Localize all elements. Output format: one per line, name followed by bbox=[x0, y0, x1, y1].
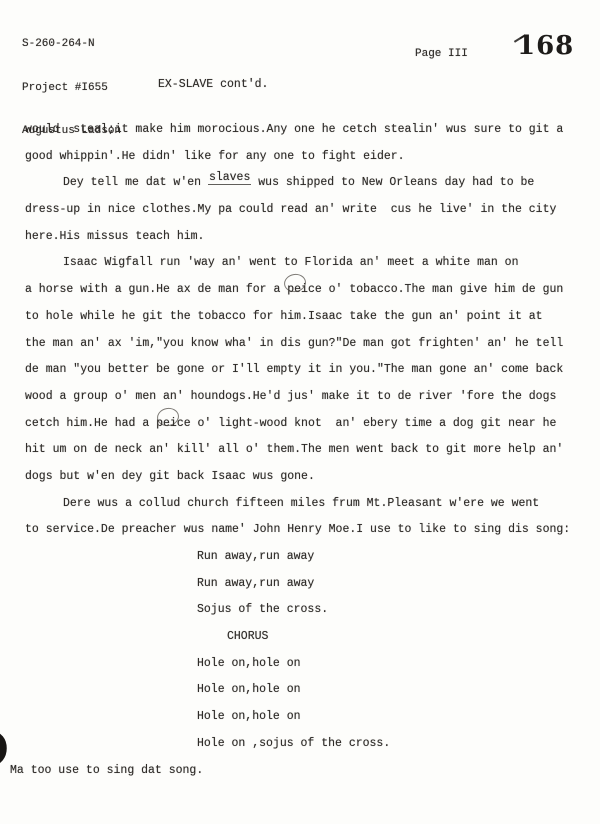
song-line: Hole on,hole on bbox=[25, 651, 582, 678]
song-line: Run away,run away bbox=[25, 544, 582, 571]
chorus-heading: CHORUS bbox=[25, 624, 582, 651]
song-line: Hole on ,sojus of the cross. bbox=[25, 731, 582, 758]
typed-line: de man "you better be gone or I'll empty… bbox=[25, 357, 582, 384]
typed-line: would steal;it make him morocious.Any on… bbox=[25, 117, 582, 144]
typed-line: Dere wus a collud church fifteen miles f… bbox=[25, 491, 582, 518]
typed-text: wus shipped to New Orleans day had to be bbox=[251, 176, 534, 189]
doc-reference-number: S-260-264-N bbox=[22, 37, 121, 52]
typed-text: Dey tell me dat w'en bbox=[63, 176, 208, 189]
doc-title: EX-SLAVE cont'd. bbox=[158, 78, 268, 91]
doc-project-number: Project #I655 bbox=[22, 81, 121, 96]
typed-line: Isaac Wigfall run 'way an' went to Flori… bbox=[25, 250, 582, 277]
typed-line: wood a group o' men an' houndogs.He'd ju… bbox=[25, 384, 582, 411]
typed-line: here.His missus teach him. bbox=[25, 224, 582, 251]
typed-line: cetch him.He had a peice o' light-wood k… bbox=[25, 411, 582, 438]
song-line: Hole on,hole on bbox=[25, 704, 582, 731]
typed-line: hit um on de neck an' kill' all o' them.… bbox=[25, 437, 582, 464]
typed-line: dogs but w'en dey git back Isaac wus gon… bbox=[25, 464, 582, 491]
song-line: Sojus of the cross. bbox=[25, 597, 582, 624]
typed-line: dress-up in nice clothes.My pa could rea… bbox=[25, 197, 582, 224]
scanned-document-page: S-260-264-N Project #I655 Augustus Ladso… bbox=[0, 0, 600, 824]
typed-line: good whippin'.He didn' like for any one … bbox=[25, 144, 582, 171]
typed-line: the man an' ax 'im,"you know wha' in dis… bbox=[25, 331, 582, 358]
typed-line: Ma too use to sing dat song. bbox=[10, 758, 582, 785]
inserted-word-above-line: slaves bbox=[208, 171, 251, 185]
handwritten-margin-mark: ) bbox=[0, 722, 11, 771]
typed-line-with-insertion: Dey tell me dat w'en slaves wus shipped … bbox=[25, 170, 582, 197]
typed-line: to service.De preacher wus name' John He… bbox=[25, 517, 582, 544]
document-body: would steal;it make him morocious.Any on… bbox=[25, 117, 582, 784]
song-line: Run away,run away bbox=[25, 571, 582, 598]
song-line: Hole on,hole on bbox=[25, 677, 582, 704]
page-label: Page III bbox=[415, 48, 468, 60]
typed-line: to hole while he git the tobacco for him… bbox=[25, 304, 582, 331]
